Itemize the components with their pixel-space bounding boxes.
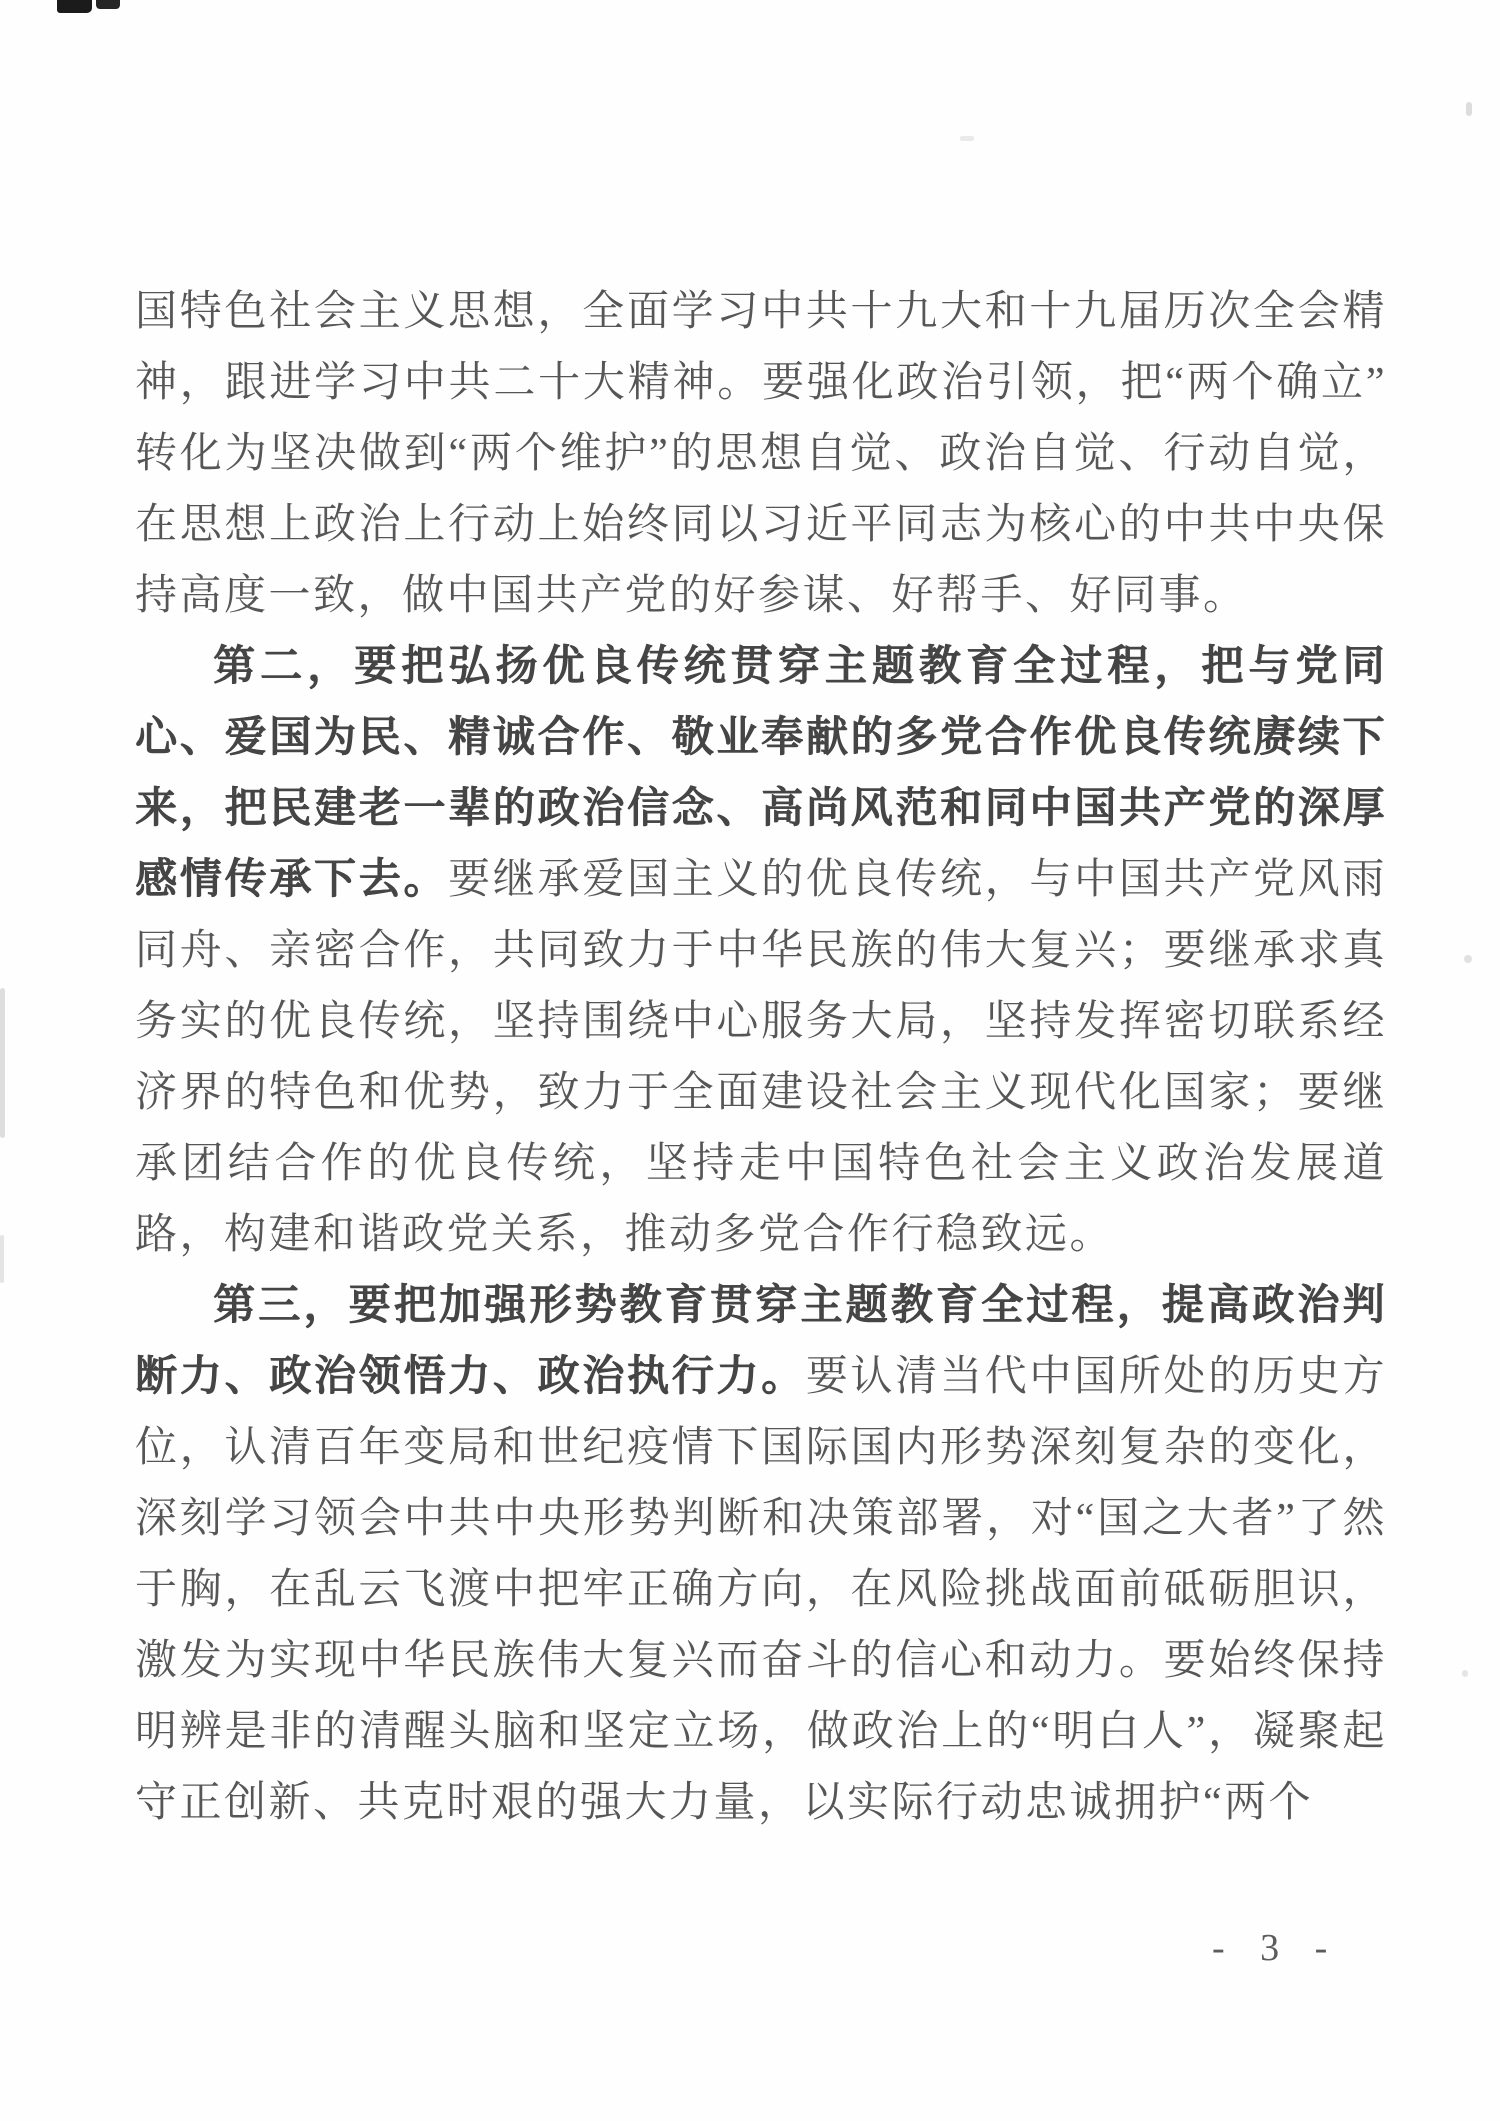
paragraph: 第三，要把加强形势教育贯穿主题教育全过程，提高政治判断力、政治领悟力、政治执行力…	[135, 1271, 1387, 1839]
scan-artifact-speck	[1464, 955, 1472, 963]
paragraph-text: 国特色社会主义思想，全面学习中共十九大和十九届历次全会精神，跟进学习中共二十大精…	[135, 289, 1387, 619]
document-body: 国特色社会主义思想，全面学习中共十九大和十九届历次全会精神，跟进学习中共二十大精…	[135, 277, 1387, 1839]
paragraph: 第二，要把弘扬优良传统贯穿主题教育全过程，把与党同心、爱国为民、精诚合作、敬业奉…	[135, 632, 1387, 1271]
paragraph-text: 要认清当代中国所处的历史方位，认清百年变局和世纪疫情下国际国内形势深刻复杂的变化…	[135, 1354, 1387, 1826]
scan-artifact-speck	[1466, 102, 1472, 116]
scan-artifact-top-left-2	[96, 0, 120, 9]
scan-artifact-top-left	[57, 0, 92, 13]
document-page: 国特色社会主义思想，全面学习中共十九大和十九届历次全会精神，跟进学习中共二十大精…	[0, 0, 1500, 2121]
scan-artifact-speck	[1462, 1670, 1468, 1677]
paragraph-text: 要继承爱国主义的优良传统，与中国共产党风雨同舟、亲密合作，共同致力于中华民族的伟…	[135, 857, 1387, 1258]
page-number: - 3 -	[1212, 1926, 1340, 1970]
scan-artifact-left-edge-2	[0, 1235, 4, 1283]
paragraph: 国特色社会主义思想，全面学习中共十九大和十九届历次全会精神，跟进学习中共二十大精…	[135, 277, 1387, 632]
scan-artifact-left-edge	[0, 988, 5, 1138]
scan-artifact-speck	[960, 136, 974, 141]
